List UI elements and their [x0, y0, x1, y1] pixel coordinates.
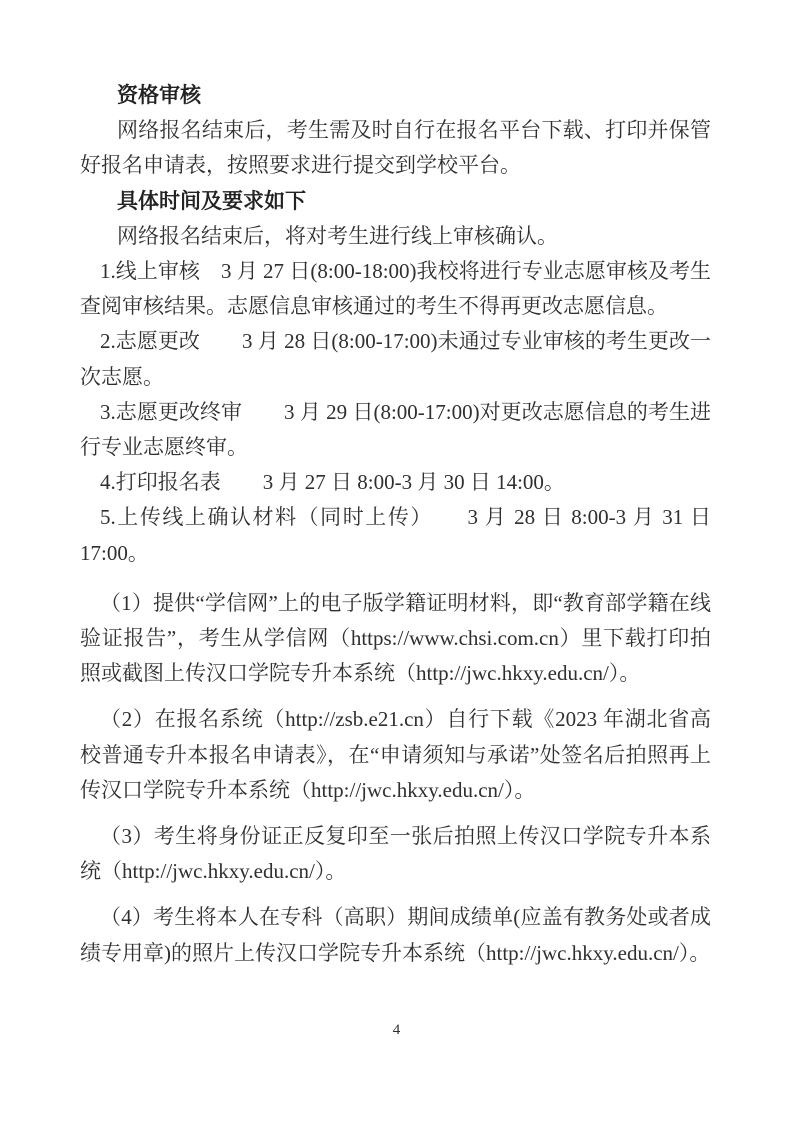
schedule-item-preference-change: 2.志愿更改 3 月 28 日(8:00-17:00)未通过专业审核的考生更改一…	[80, 324, 711, 394]
schedule-item-upload-materials: 5.上传线上确认材料（同时上传） 3 月 28 日 8:00-3 月 31 日 …	[80, 500, 711, 570]
material-item-transcript: （4）考生将本人在专科（高职）期间成绩单(应盖有教务处或者成绩专用章)的照片上传…	[80, 900, 711, 970]
section-heading-schedule: 具体时间及要求如下	[80, 184, 711, 219]
paragraph-online-review: 网络报名结束后，将对考生进行线上审核确认。	[80, 219, 711, 254]
schedule-item-print-form: 4.打印报名表 3 月 27 日 8:00-3 月 30 日 14:00。	[80, 465, 711, 500]
page-number: 4	[0, 1022, 793, 1039]
schedule-item-online-review: 1.线上审核 3 月 27 日(8:00-18:00)我校将进行专业志愿审核及考…	[80, 254, 711, 324]
document-page: 资格审核 网络报名结束后，考生需及时自行在报名平台下载、打印并保管好报名申请表，…	[0, 0, 793, 1122]
material-item-chsi-report: （1）提供“学信网”上的电子版学籍证明材料，即“教育部学籍在线验证报告”，考生从…	[80, 586, 711, 692]
document-body: 资格审核 网络报名结束后，考生需及时自行在报名平台下载、打印并保管好报名申请表，…	[80, 78, 711, 971]
material-item-id-card-copy: （3）考生将身份证正反复印至一张后拍照上传汉口学院专升本系统（http://jw…	[80, 819, 711, 889]
paragraph-registration-form: 网络报名结束后，考生需及时自行在报名平台下载、打印并保管好报名申请表，按照要求进…	[80, 113, 711, 183]
material-item-application-form: （2）在报名系统（http://zsb.e21.cn）自行下载《2023 年湖北…	[80, 702, 711, 808]
section-heading-qualification-review: 资格审核	[80, 78, 711, 113]
schedule-item-final-review: 3.志愿更改终审 3 月 29 日(8:00-17:00)对更改志愿信息的考生进…	[80, 395, 711, 465]
